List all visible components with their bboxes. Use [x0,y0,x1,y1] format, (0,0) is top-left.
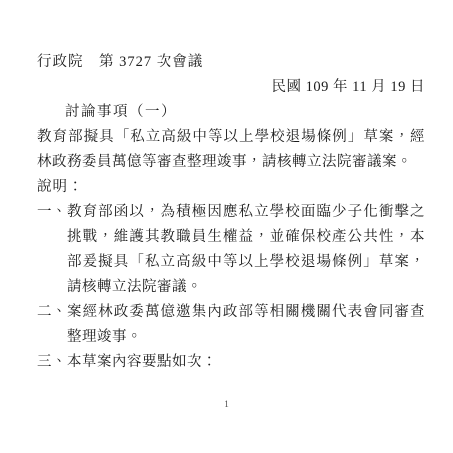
list-item: 三、 本草案內容要點如次： [37,350,425,375]
list-item-text: 教育部函以，為積極因應私立學校面臨少子化衝擊之挑戰，維護其教職員生權益，並確保校… [67,200,425,300]
subject-paragraph: 教育部擬具「私立高級中等以上學校退場條例」草案，經林政務委員萬億等審查整理竣事，… [37,125,425,175]
explanation-item-list: 一、 教育部函以，為積極因應私立學校面臨少子化衝擊之挑戰，維護其教職員生權益，並… [37,200,425,375]
meeting-title: 行政院 第 3727 次會議 [37,50,425,75]
list-item-number: 一、 [37,200,67,225]
section-title: 討論事項（一） [65,100,425,125]
meeting-date: 民國 109 年 11 月 19 日 [37,75,425,100]
list-item-number: 三、 [37,350,67,375]
list-item-text: 本草案內容要點如次： [67,350,425,375]
explanation-label: 說明： [37,175,425,200]
document-page: 行政院 第 3727 次會議 民國 109 年 11 月 19 日 討論事項（一… [0,0,453,453]
list-item-number: 二、 [37,300,67,325]
list-item: 一、 教育部函以，為積極因應私立學校面臨少子化衝擊之挑戰，維護其教職員生權益，並… [37,200,425,300]
page-number: 1 [0,392,453,417]
list-item-text: 案經林政委萬億邀集內政部等相關機關代表會同審查整理竣事。 [67,300,425,350]
list-item: 二、 案經林政委萬億邀集內政部等相關機關代表會同審查整理竣事。 [37,300,425,350]
